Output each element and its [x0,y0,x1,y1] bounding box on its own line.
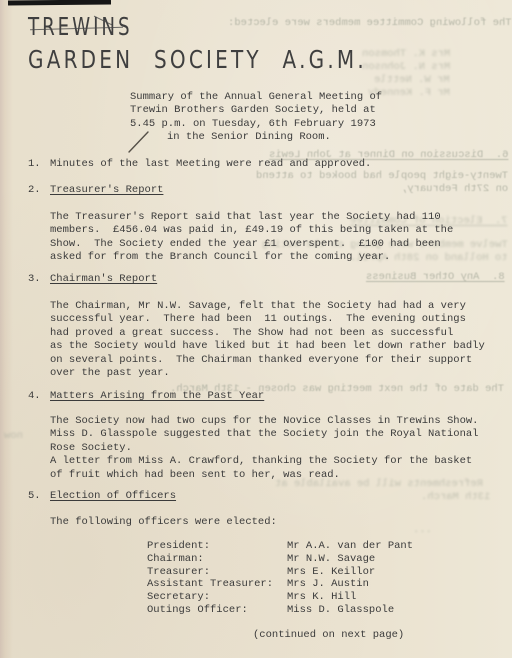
officers-intro: The following officers were elected: [50,516,277,529]
scanned-minutes-page: TREWINS GARDEN SOCIETY A.G.M. The follow… [0,0,512,658]
meeting-summary: Summary of the Annual General Meeting of… [130,91,382,145]
summary-line: Trewin Brothers Garden Society, held at [130,104,382,117]
section-5-heading: Election of Officers [50,490,176,502]
section-number: 3. [28,273,41,285]
officer-name: Mr A.A. van der Pant [287,540,413,553]
ghost-bleed-line: 13th March. [421,491,490,504]
officer-name: Mrs K. Hill [287,591,356,604]
paragraph-line: had proved a great success. The Show had… [50,327,485,340]
section-3-heading: Chairman's Report [50,273,157,285]
section-4-heading: Matters Arising from the Past Year [50,390,264,402]
section-4-paragraph: The Society now had two cups for the Nov… [50,415,478,482]
officer-row: Assistant Treasurer: Mrs J. Austin [147,578,413,591]
section-number: 1. [28,158,41,170]
ghost-bleed-line: Mrs N. Johnson [362,61,450,74]
continuation-note: (continued on next page) [253,629,404,642]
section-number: 2. [28,184,41,196]
paragraph-line: Show. The Society ended the year £1 over… [50,238,453,251]
section-2-heading: Treasurer's Report [50,184,163,196]
officer-row: Secretary: Mrs K. Hill [147,591,413,604]
section-number: 4. [28,390,41,402]
summary-line: Summary of the Annual General Meeting of [130,91,382,104]
officer-role: President: [147,540,287,553]
section-2-paragraph: The Treasurer's Report said that last ye… [50,211,453,265]
ghost-bleed-line: ... [413,524,432,537]
ghost-bleed-line: on 27th February, [401,183,508,196]
paragraph-line: The Society now had two cups for the Nov… [50,415,478,428]
officer-row: Outings Officer: Miss D. Glasspole [147,604,413,617]
officer-name: Mrs J. Austin [287,578,369,591]
ghost-bleed-heading: 8. Any Other Business [366,271,505,284]
paragraph-line: Miss D. Glasspole suggested that the Soc… [50,428,478,441]
section-number: 5. [28,490,41,502]
officer-role: Assistant Treasurer: [147,578,287,591]
ghost-bleed-line: Mrs K. Thomson [362,48,450,61]
scan-edge-strip [8,0,111,6]
ghost-bleed-fragment: now [4,430,23,443]
paragraph-line: of fruit which had been sent to her, was… [50,469,478,482]
officer-name: Mrs E. Keillor [287,566,375,579]
page-subtitle: GARDEN SOCIETY A.G.M. [28,45,367,74]
paragraph-line: members. £456.04 was paid in, £49.19 of … [50,224,453,237]
paragraph-line: over the past year. [50,367,485,380]
paragraph-line: The Treasurer's Report said that last ye… [50,211,453,224]
officer-role: Secretary: [147,591,287,604]
summary-line: in the Senior Dining Room. [130,131,382,144]
officer-name: Mr N.W. Savage [287,553,375,566]
officers-list: President: Mr A.A. van der Pant Chairman… [147,540,413,617]
officer-row: Chairman: Mr N.W. Savage [147,553,413,566]
officer-role: Outings Officer: [147,604,287,617]
section-1-text: Minutes of the last Meeting were read an… [50,158,371,171]
officer-name: Miss D. Glasspole [287,604,394,617]
paragraph-line: on several points. The Chairman thanked … [50,354,485,367]
ghost-bleed-line: Mr W. Nettle [374,74,450,87]
summary-line: 5.45 p.m. on Tuesday, 6th February 1973 [130,118,382,131]
ghost-bleed-line: The following Committee members were ele… [228,17,512,30]
paragraph-line: The Chairman, Mr N.W. Savage, felt that … [50,300,485,313]
pencil-slash-mark [126,129,152,155]
officer-role: Treasurer: [147,566,287,579]
paragraph-line: asked for from the Branch Council for th… [50,251,453,264]
paragraph-line: as the Society would have liked but it h… [50,340,485,353]
paragraph-line: Rose Society. [50,442,478,455]
ghost-bleed-line: Twenty-eight people had booked to attend [256,170,508,183]
officer-row: Treasurer: Mrs E. Keillor [147,566,413,579]
section-3-paragraph: The Chairman, Mr N.W. Savage, felt that … [50,300,485,380]
officer-row: President: Mr A.A. van der Pant [147,540,413,553]
paragraph-line: A letter from Miss A. Crawford, thanking… [50,455,478,468]
officer-role: Chairman: [147,553,287,566]
paragraph-line: successful year. There had been 11 outin… [50,313,485,326]
